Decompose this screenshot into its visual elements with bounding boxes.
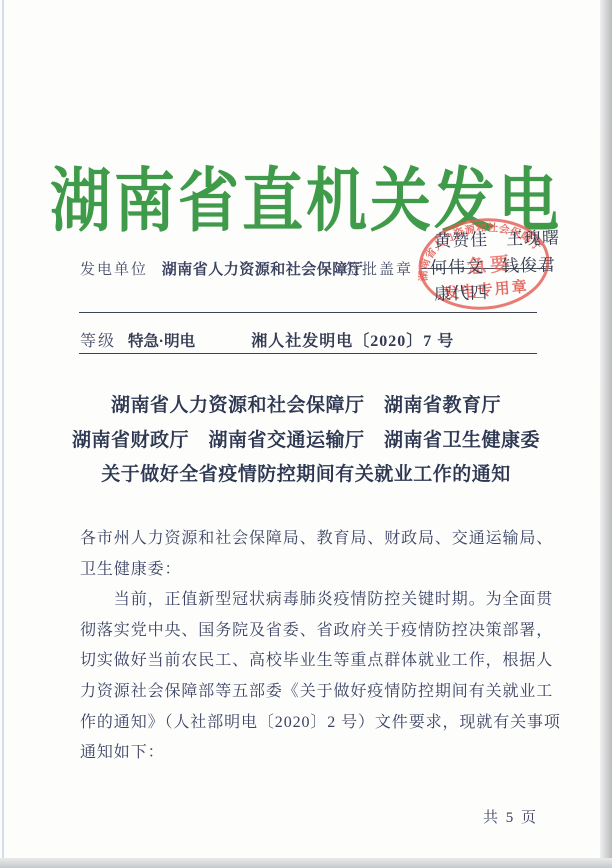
document-title-line: 湖南省人力资源和社会保障厅 湖南省教育厅	[40, 389, 572, 424]
handwritten-signature-row-3: 康代四	[434, 278, 489, 304]
issuer-value: 湖南省人力资源和社会保障厅	[162, 262, 364, 278]
body-text-line: 力资源社会保障部等五部委《关于做好疫情防控期间有关就业工	[80, 677, 540, 708]
document-title-line: 湖南省财政厅 湖南省交通运输厅 湖南省卫生健康委	[40, 424, 572, 459]
divider-top	[79, 312, 537, 313]
scan-edge-bottom	[0, 858, 612, 868]
document-number: 湘人社发明电〔2020〕7 号	[251, 333, 454, 350]
grade-label: 等级	[80, 333, 116, 350]
scan-edge-left	[2, 0, 4, 868]
body-text-line: 切实做好当前农民工、高校毕业生等重点群体就业工作，根据人	[80, 646, 540, 677]
handwritten-signature-row-1: 黄赞佳 王瑰曙	[434, 223, 561, 251]
body-text-line: 卫生健康委：	[80, 555, 540, 586]
page-count: 共 5 页	[483, 806, 538, 827]
handwritten-signature-row-2: 何伟文 钱俊君	[430, 250, 557, 278]
body-text-line: 各市州人力资源和社会保障局、教育局、财政局、交通运输局、	[80, 524, 540, 555]
issuer-label: 发电单位	[80, 262, 148, 278]
scan-edge-right	[600, 0, 612, 868]
document-body: 各市州人力资源和社会保障局、教育局、财政局、交通运输局、卫生健康委： 当前，正值…	[80, 524, 540, 769]
sign-seal-label: 签批盖章	[345, 258, 413, 279]
body-text-line: 通知如下：	[80, 738, 540, 769]
divider-bottom	[79, 353, 537, 354]
body-text-line: 当前，正值新型冠状病毒肺炎疫情防控关键时期。为全面贯	[80, 585, 540, 616]
grade-row: 等级 特急·明电 湘人社发明电〔2020〕7 号	[80, 328, 552, 351]
body-text-line: 彻落实党中央、国务院及省委、省政府关于疫情防控决策部署，	[80, 616, 540, 647]
body-text-line: 作的通知》（人社部明电〔2020〕2 号）文件要求，现就有关事项	[80, 708, 540, 739]
grade-value: 特急·明电	[128, 333, 195, 350]
scanned-document-page: 湖南省直机关发电 发电单位 湖南省人力资源和社会保障厅 签批盖章 湖南省人力资源…	[0, 0, 612, 868]
document-title: 湖南省人力资源和社会保障厅 湖南省教育厅湖南省财政厅 湖南省交通运输厅 湖南省卫…	[40, 389, 572, 493]
document-title-line: 关于做好全省疫情防控期间有关就业工作的通知	[40, 458, 572, 493]
